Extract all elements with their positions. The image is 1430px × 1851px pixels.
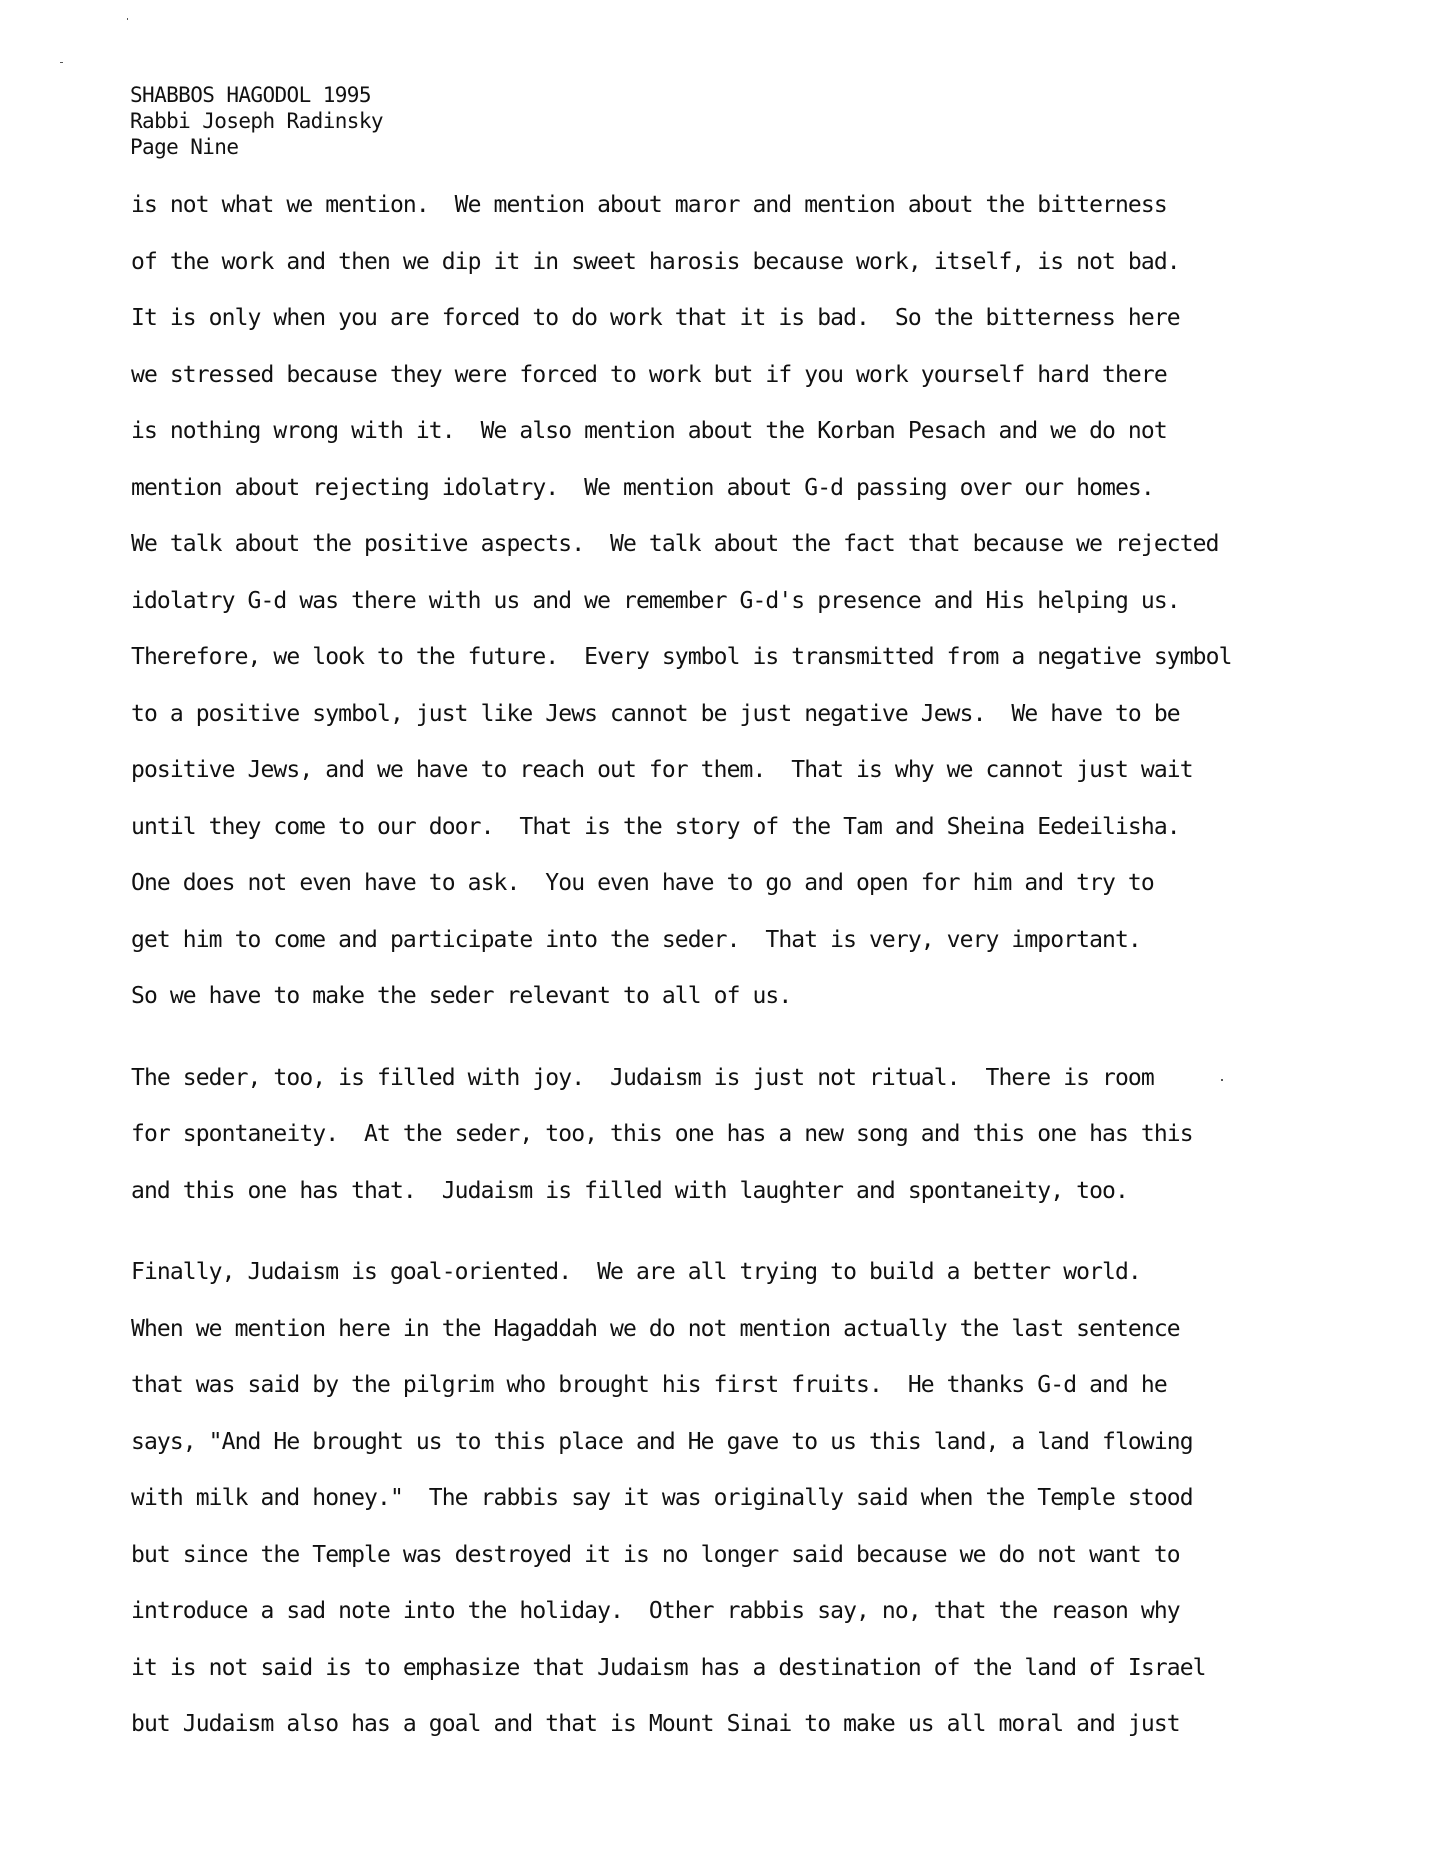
text-line: is not what we mention. We mention about… <box>131 190 1331 247</box>
text-line: until they come to our door. That is the… <box>131 812 1331 869</box>
text-line: So we have to make the seder relevant to… <box>131 981 1331 1038</box>
scan-speck <box>60 62 63 63</box>
text-line: it is not said is to emphasize that Juda… <box>131 1653 1331 1710</box>
text-line: get him to come and participate into the… <box>131 925 1331 982</box>
paragraph: Finally, Judaism is goal-oriented. We ar… <box>131 1257 1331 1766</box>
text-line: idolatry G-d was there with us and we re… <box>131 586 1331 643</box>
text-line: to a positive symbol, just like Jews can… <box>131 699 1331 756</box>
text-line: and this one has that. Judaism is filled… <box>131 1176 1331 1233</box>
document-title: SHABBOS HAGODOL 1995 <box>130 82 383 108</box>
paragraph-gap <box>131 1232 1331 1257</box>
text-line: for spontaneity. At the seder, too, this… <box>131 1119 1331 1176</box>
text-line: One does not even have to ask. You even … <box>131 868 1331 925</box>
paragraph-gap <box>131 1038 1331 1063</box>
text-line: with milk and honey." The rabbis say it … <box>131 1483 1331 1540</box>
text-line: introduce a sad note into the holiday. O… <box>131 1596 1331 1653</box>
text-line: positive Jews, and we have to reach out … <box>131 755 1331 812</box>
document-header: SHABBOS HAGODOL 1995 Rabbi Joseph Radins… <box>130 82 383 160</box>
text-line: we stressed because they were forced to … <box>131 360 1331 417</box>
document-page: SHABBOS HAGODOL 1995 Rabbi Joseph Radins… <box>0 0 1430 1851</box>
text-line: is nothing wrong with it. We also mentio… <box>131 416 1331 473</box>
page-label: Page Nine <box>130 134 383 160</box>
text-line: The seder, too, is filled with joy. Juda… <box>131 1063 1331 1120</box>
text-line: When we mention here in the Hagaddah we … <box>131 1314 1331 1371</box>
text-line: mention about rejecting idolatry. We men… <box>131 473 1331 530</box>
text-line: We talk about the positive aspects. We t… <box>131 529 1331 586</box>
document-body: is not what we mention. We mention about… <box>131 190 1331 1766</box>
document-author: Rabbi Joseph Radinsky <box>130 108 383 134</box>
text-line: It is only when you are forced to do wor… <box>131 303 1331 360</box>
text-line: that was said by the pilgrim who brought… <box>131 1370 1331 1427</box>
scan-speck <box>127 18 128 20</box>
text-line: says, "And He brought us to this place a… <box>131 1427 1331 1484</box>
text-line: but Judaism also has a goal and that is … <box>131 1709 1331 1766</box>
paragraph: The seder, too, is filled with joy. Juda… <box>131 1063 1331 1233</box>
text-line: but since the Temple was destroyed it is… <box>131 1540 1331 1597</box>
text-line: of the work and then we dip it in sweet … <box>131 247 1331 304</box>
text-line: Finally, Judaism is goal-oriented. We ar… <box>131 1257 1331 1314</box>
paragraph: is not what we mention. We mention about… <box>131 190 1331 1038</box>
text-line: Therefore, we look to the future. Every … <box>131 642 1331 699</box>
